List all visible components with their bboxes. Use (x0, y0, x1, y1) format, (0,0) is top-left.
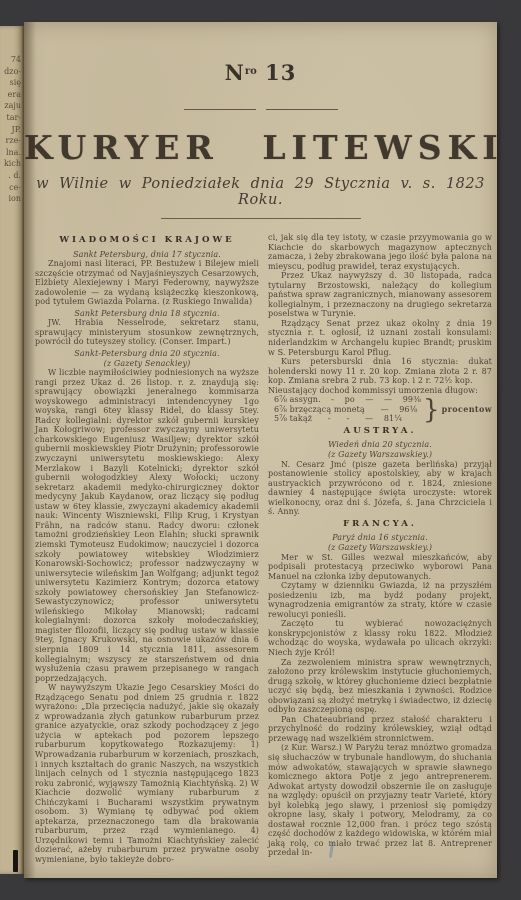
source-gazeta-warszawska: (z Gazety Warszawskiey.) (268, 543, 492, 553)
section-heading-wiadomosci-krajowe: WIADOMOŚCI KRAJOWE (35, 236, 259, 246)
source-gazeta-warszawska: (z Gazety Warszawskiey.) (268, 450, 492, 460)
rule-segment (184, 109, 256, 110)
gutter-text-fragment: ce- (0, 182, 24, 194)
article-paragraph: N. Cesarz Jmć (pisze gazeta berlińska) p… (268, 460, 492, 517)
gutter-text-fragment: JP. (0, 124, 24, 136)
issue-superscript: ro (245, 66, 257, 77)
rates-intro: Nieustający dochod kommissyi umorzenia d… (268, 386, 492, 396)
article-paragraph: Mer w St. Gilles wezwał mieszkańców, aby… (268, 553, 492, 582)
paper-title: KURYER LITEWSKI (24, 128, 497, 167)
gutter-fragments: 74dzo-sięerazajutar-JP.rze-lna.kich. d.c… (0, 26, 24, 205)
issue-rule (24, 99, 497, 118)
right-column: ci, jak się dla tey istoty, w czasie prz… (268, 233, 492, 865)
gutter-text-fragment: . d. (0, 170, 24, 182)
left-column: WIADOMOŚCI KRAJOWESankt Petersburg, dnia… (35, 233, 259, 865)
rate-row: 5⅞ takąż - - — 81¼ (274, 414, 421, 424)
article-paragraph: Zaczęto tu wybierać nowozaciężnych konsk… (268, 619, 492, 657)
issue-prefix: N (225, 60, 245, 85)
masthead: Nro 13 KURYER LITEWSKI w Wilnie w Ponied… (24, 22, 497, 219)
gutter-text-fragment: rze- (0, 135, 24, 147)
newspaper-page: Nro 13 KURYER LITEWSKI w Wilnie w Ponied… (24, 22, 497, 878)
gutter-text-fragment: ion (0, 193, 24, 205)
gutter-text-fragment: lna. (0, 147, 24, 159)
article-paragraph-continuation: ci, jak się dla tey istoty, w czasie prz… (268, 233, 492, 271)
gutter-text-fragment: kich (0, 158, 24, 170)
rate-row: 6⅞ brzęczącą monetą — 96⅛ (274, 405, 421, 415)
newspaper-scan: 74dzo-sięerazajutar-JP.rze-lna.kich. d.c… (0, 0, 521, 900)
paper-subtitle: w Wilnie w Poniedziałek dnia 29 Stycznia… (24, 176, 497, 208)
dateline-petersburg-18: Sankt Petersburg dnia 18 stycznia. (35, 309, 259, 319)
section-heading-austrya: AUSTRYA. (268, 427, 492, 437)
article-paragraph: Przez Ukaz naywyższy d. 30 listopada, ra… (268, 271, 492, 319)
rate-row: 6⅞ assygn. - po — — 99⅜ (274, 395, 421, 405)
gutter-text-fragment: era (0, 89, 24, 101)
gutter-text-fragment: się (0, 77, 24, 89)
section-heading-francya: FRANCYA. (268, 520, 492, 530)
article-paragraph: JW. Hrabia Nesselrode, sekretarz stanu, … (35, 318, 259, 347)
facing-page-edge: 74dzo-sięerazajutar-JP.rze-lna.kich. d.c… (0, 26, 24, 874)
dateline-petersburg-20: Sankt-Petersburg dnia 20 stycznia. (35, 349, 259, 359)
article-paragraph: Rządzący Senat przez ukaz okolny z dnia … (268, 319, 492, 357)
exchange-rates-table: 6⅞ assygn. - po — — 99⅜6⅞ brzęczącą mone… (274, 395, 492, 424)
issue-number: Nro 13 (24, 60, 497, 85)
article-columns: WIADOMOŚCI KRAJOWESankt Petersburg, dnia… (24, 219, 497, 865)
article-paragraph: (z Kur. Warsz.) W Paryżu teraz mnóztwo g… (268, 743, 492, 858)
binding-mark (13, 850, 18, 872)
article-paragraph: Pan Chateaubriand przez stałość charakte… (268, 715, 492, 744)
dateline-wieden-20: Wiedeń dnia 20 stycznia. (268, 440, 492, 450)
source-gazeta-senacka: (z Gazety Senackiey) (35, 359, 259, 369)
article-paragraph: W naywyższym Ukazie Jego Cesarskiey Mośc… (35, 683, 259, 864)
article-paragraph: W liczbie naymiłościwiey podniesionych n… (35, 368, 259, 683)
brace-glyph: } (423, 397, 440, 423)
dateline-petersburg-17: Sankt Petersburg, dnia 17 stycznia. (35, 250, 259, 260)
dateline-paryz-16: Paryż dnia 16 stycznia. (268, 533, 492, 543)
rates-note: procentow (442, 405, 492, 415)
rule-segment (266, 109, 338, 110)
article-paragraph: Za zezwoleniem ministra spraw wewnętrzny… (268, 658, 492, 715)
issue-value: 13 (265, 60, 296, 85)
gutter-text-fragment: 74 (0, 54, 24, 66)
gutter-text-fragment: dzo- (0, 66, 24, 78)
article-paragraph: Kurs petersburski dnia 16 stycznia: duka… (268, 357, 492, 386)
gutter-text-fragment: tar- (0, 112, 24, 124)
article-paragraph: Czytamy w dzienniku Gwiazda, iż na przys… (268, 581, 492, 619)
rate-rows: 6⅞ assygn. - po — — 99⅜6⅞ brzęczącą mone… (274, 395, 421, 424)
gutter-text-fragment: zaju (0, 100, 24, 112)
article-paragraph: Znajomi nasi literaci, PP. Bestużew i Bi… (35, 259, 259, 307)
